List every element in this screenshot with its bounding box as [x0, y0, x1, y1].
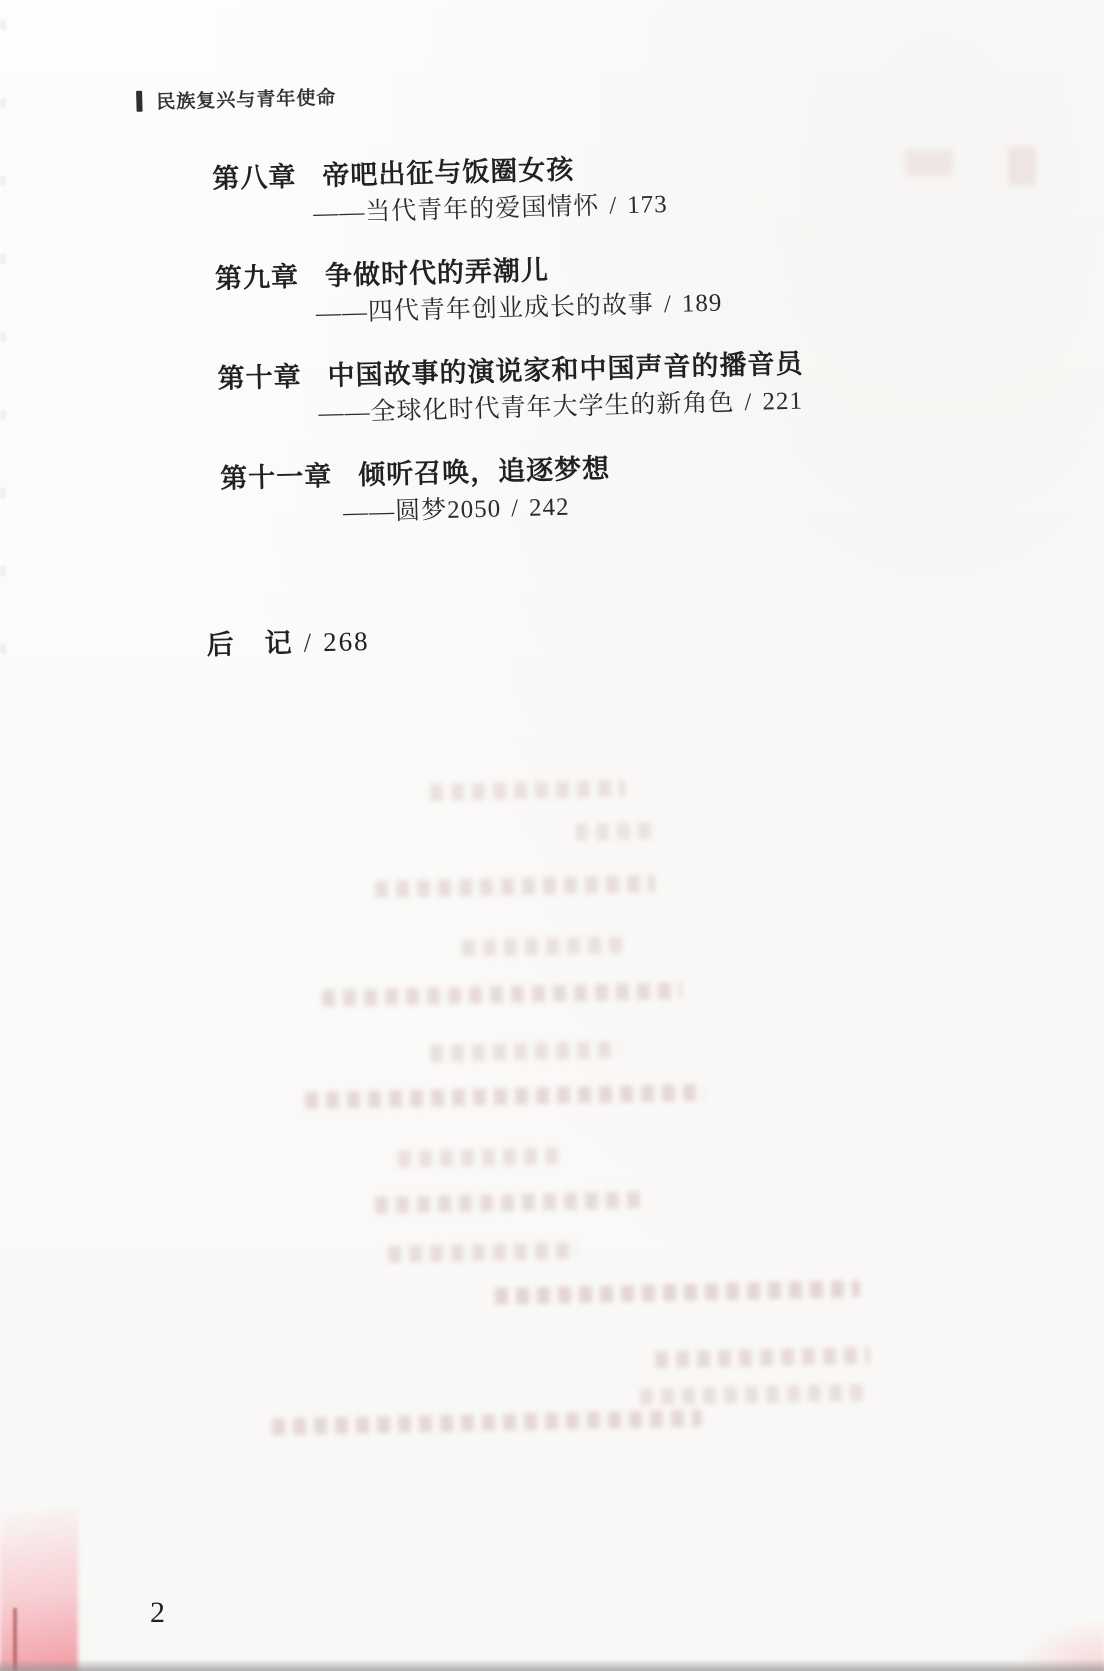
- chapter-page-number: 242: [529, 494, 570, 522]
- chapter-page-number: 221: [762, 387, 803, 415]
- back-matter-label: 后 记: [206, 628, 294, 660]
- chapter-subtitle: ——当代青年的爱国情怀: [313, 193, 600, 227]
- back-matter-page-number: 268: [323, 626, 370, 657]
- chapter-subtitle: ——四代青年创业成长的故事: [316, 291, 655, 327]
- scan-corner-pink-bottom-left: [0, 1510, 78, 1671]
- bleed-through-mark: [1008, 146, 1036, 186]
- bleed-through-line: [462, 936, 627, 956]
- toc-page: 民族复兴与青年使命 第八章帝吧出征与饭圈女孩 ——当代青年的爱国情怀/173 第…: [130, 65, 1005, 663]
- chapter-number: 第十章: [217, 362, 302, 394]
- page-separator: /: [609, 192, 618, 219]
- chapter-page-number: 173: [627, 191, 668, 219]
- chapter-subtitle: ——全球化时代青年大学生的新角色: [318, 389, 735, 427]
- header-bar: [136, 91, 143, 112]
- chapter-number: 第八章: [212, 162, 297, 194]
- page-separator: /: [303, 627, 313, 657]
- chapter-subtitle: ——圆梦2050: [343, 495, 502, 526]
- toc-entry-chapter-11: 第十一章倾听召唤，追逐梦想 ——圆梦2050/242: [220, 440, 1002, 534]
- chapter-title: 帝吧出征与饭圈女孩: [322, 154, 575, 191]
- toc-entry-chapter-10: 第十章中国故事的演说家和中国声音的播音员 ——全球化时代青年大学生的新角色/22…: [217, 340, 999, 434]
- chapter-title: 倾听召唤，追逐梦想: [358, 454, 611, 491]
- bleed-through-line: [575, 822, 657, 841]
- running-header-text: 民族复兴与青年使命: [156, 83, 337, 115]
- chapter-title: 争做时代的弄潮儿: [325, 255, 550, 291]
- page-separator: /: [744, 389, 753, 416]
- toc-entry-chapter-9: 第九章争做时代的弄潮儿 ——四代青年创业成长的故事/189: [215, 240, 997, 334]
- chapter-number: 第十一章: [220, 461, 333, 494]
- scan-edge-marks: [0, 20, 6, 660]
- chapter-number: 第九章: [215, 262, 300, 294]
- table-of-contents: 第八章帝吧出征与饭圈女孩 ——当代青年的爱国情怀/173 第九章争做时代的弄潮儿…: [212, 140, 1002, 534]
- page-separator: /: [511, 495, 520, 522]
- bleed-through-mark: [905, 150, 953, 176]
- scan-bottom-shadow: [0, 1659, 1104, 1671]
- page-separator: /: [664, 291, 673, 318]
- chapter-page-number: 189: [681, 290, 722, 318]
- bleed-through-line: [398, 1147, 563, 1167]
- toc-entry-chapter-8: 第八章帝吧出征与饭圈女孩 ——当代青年的爱国情怀/173: [212, 140, 994, 234]
- folio-page-number: 2: [150, 1596, 165, 1630]
